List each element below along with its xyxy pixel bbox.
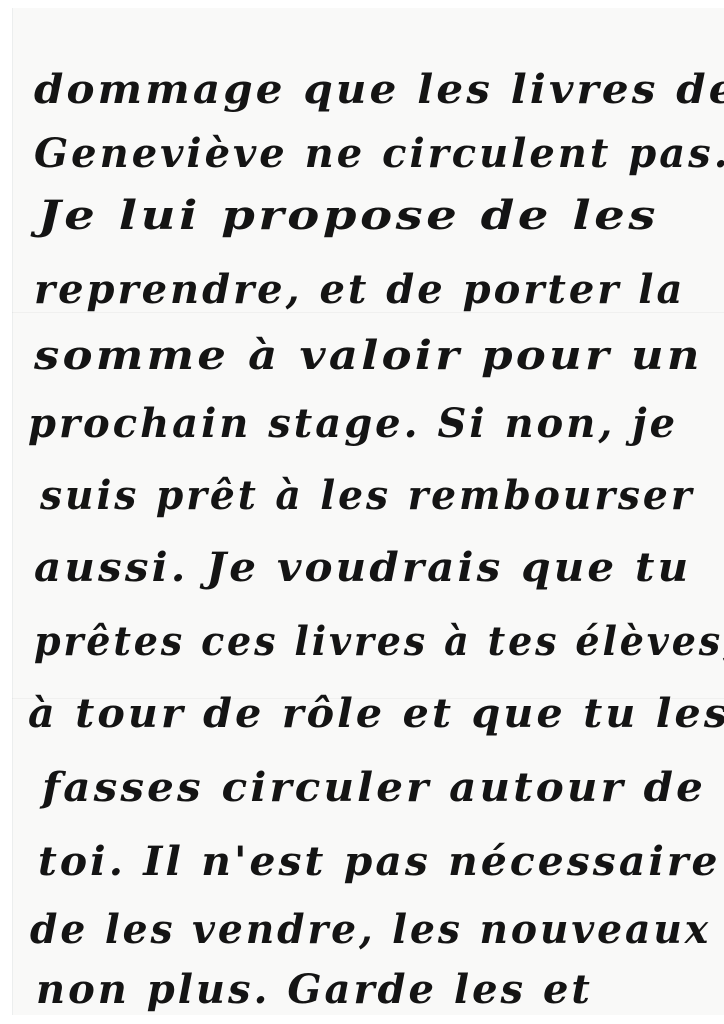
letter-line-10: à tour de rôle et que tu les	[28, 694, 724, 734]
letter-line-9: prêtes ces livres à tes élèves,	[34, 622, 724, 662]
letter-line-12: toi. Il n'est pas nécessaire	[38, 842, 720, 882]
letter-line-2: Geneviève ne circulent pas.	[34, 134, 724, 174]
letter-line-1: dommage que les livres de	[34, 70, 724, 110]
letter-line-6: prochain stage. Si non, je	[28, 404, 678, 444]
letter-line-7: suis prêt à les rembourser	[40, 476, 694, 516]
letter-line-3: Je lui propose de les	[38, 196, 659, 236]
letter-line-4: reprendre, et de porter la	[34, 270, 685, 310]
letter-line-8: aussi. Je voudrais que tu	[34, 548, 691, 588]
letter-line-11: fasses circuler autour de	[42, 768, 706, 808]
letter-line-13: de les vendre, les nouveaux	[30, 910, 711, 950]
letter-line-14: non plus. Garde les et	[36, 970, 593, 1010]
letter-line-5: somme à valoir pour un	[34, 336, 703, 376]
letter-page: dommage que les livres de Geneviève ne c…	[12, 8, 724, 1015]
